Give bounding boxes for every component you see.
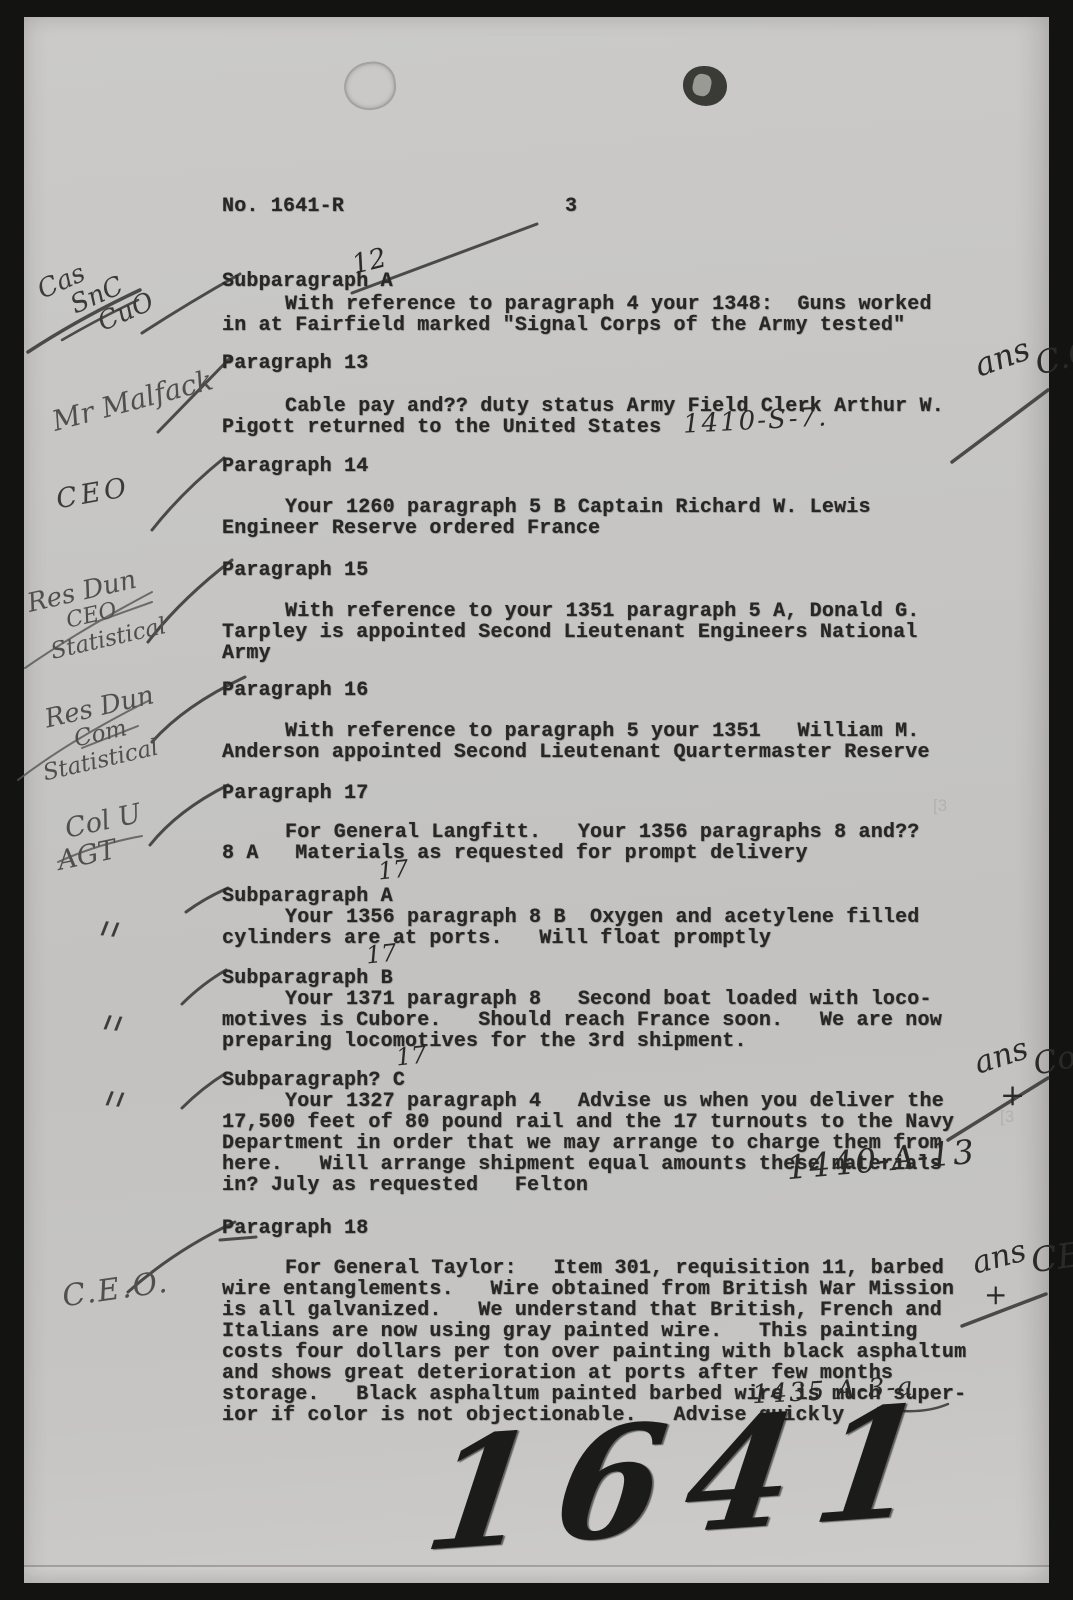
handwritten-mark-17b: 17: [365, 938, 398, 969]
typed-line: With reference to paragraph 4 your 1348:…: [222, 294, 932, 315]
margin-note-line: ans: [968, 1233, 1030, 1282]
typed-line: Tarpley is appointed Second Lieutenant E…: [222, 622, 920, 643]
typed-line: Your 1371 paragraph 8 Second boat loaded…: [222, 989, 942, 1010]
typed-line: motives is Cubore. Should reach France s…: [222, 1010, 942, 1031]
section-subparagraph-17a: Subparagraph A Your 1356 paragraph 8 B O…: [222, 886, 920, 949]
section-subparagraph-17b: Subparagraph B Your 1371 paragraph 8 Sec…: [222, 968, 942, 1052]
typed-line: costs four dollars per ton over painting…: [222, 1342, 966, 1363]
typed-line: Your 1260 paragraph 5 B Captain Richard …: [222, 497, 871, 518]
margin-note-line: C.C: [1031, 332, 1073, 383]
page-number-text: 3: [565, 195, 577, 218]
faint-stamp: [3: [933, 796, 947, 816]
section-heading: Paragraph 17: [222, 783, 920, 804]
doc-number: No. 1641-R: [222, 196, 344, 217]
section-heading: Subparagraph A: [222, 886, 920, 907]
section-subparagraph-a: Subparagraph A With reference to paragra…: [222, 271, 932, 336]
margin-note-line: +: [984, 1278, 1073, 1311]
section-paragraph-14: Paragraph 14 Your 1260 paragraph 5 B Cap…: [222, 456, 871, 539]
margin-note-line: +: [1000, 1078, 1073, 1113]
typed-line: For General Langfitt. Your 1356 paragrap…: [222, 822, 920, 843]
section-heading: Paragraph 16: [222, 680, 930, 701]
typed-line: 17,500 feet of 80 pound rail and the 17 …: [222, 1112, 954, 1133]
typed-line: Engineer Reserve ordered France: [222, 518, 871, 539]
section-heading: Subparagraph A: [222, 271, 932, 292]
margin-note-line: CEO: [1029, 1231, 1073, 1282]
margin-note-line: Col U: [1031, 1029, 1073, 1083]
margin-note-ans-cc: ans C.C: [958, 336, 1073, 376]
typed-line: With reference to paragraph 5 your 1351 …: [222, 721, 930, 742]
typed-line: Cable pay and?? duty status Army Field C…: [222, 396, 944, 417]
typed-line: For General Taylor: Item 301, requisitio…: [222, 1258, 966, 1279]
section-heading: Paragraph 13: [222, 353, 944, 374]
typed-line: preparing locomotives for the 3rd shipme…: [222, 1031, 942, 1052]
section-heading: Subparagraph B: [222, 968, 942, 989]
hole-punch-right-center: [691, 72, 713, 97]
hole-punch-right: [683, 66, 727, 106]
typed-line: Army: [222, 643, 920, 664]
typed-line: cylinders are at ports. Will float promp…: [222, 928, 920, 949]
section-paragraph-15: Paragraph 15 With reference to your 1351…: [222, 560, 920, 664]
doc-number-text: No. 1641-R: [222, 195, 344, 218]
margin-note-ans-col: ans Col U +: [952, 1038, 1073, 1113]
scanned-document: { "page": { "doc_number": "No. 1641-R", …: [0, 0, 1073, 1600]
section-paragraph-16: Paragraph 16 With reference to paragraph…: [222, 680, 930, 763]
typed-line: in at Fairfield marked "Signal Corps of …: [222, 315, 932, 336]
typed-line: With reference to your 1351 paragraph 5 …: [222, 601, 920, 622]
section-paragraph-17: Paragraph 17 For General Langfitt. Your …: [222, 783, 920, 864]
section-heading: Paragraph 18: [222, 1218, 966, 1239]
margin-note-ans-ceo: ans CEO +: [958, 1236, 1073, 1311]
typed-line: 8 A Materials as requested for prompt de…: [222, 843, 920, 864]
handwritten-mark-17a: 17: [377, 854, 410, 885]
page-number: 3: [565, 196, 577, 217]
typed-line: Italians are now using gray painted wire…: [222, 1321, 966, 1342]
typed-line: wire entanglements. Wire obtained from B…: [222, 1279, 966, 1300]
section-heading: Paragraph 14: [222, 456, 871, 477]
typed-line: is all galvanized. We understand that Br…: [222, 1300, 966, 1321]
typed-line: Your 1356 paragraph 8 B Oxygen and acety…: [222, 907, 920, 928]
handwritten-page-big-number: 1641: [416, 1369, 959, 1586]
margin-note-line: ans: [970, 1030, 1033, 1081]
section-heading: Paragraph 15: [222, 560, 920, 581]
section-paragraph-13: Paragraph 13 Cable pay and?? duty status…: [222, 353, 944, 438]
handwritten-mark-17c: 17: [395, 1040, 428, 1071]
typed-line: Anderson appointed Second Lieutenant Qua…: [222, 742, 930, 763]
section-heading: Subparagraph? C: [222, 1070, 954, 1091]
typed-line: Pigott returned to the United States: [222, 417, 944, 438]
typed-line: Your 1327 paragraph 4 Advise us when you…: [222, 1091, 954, 1112]
